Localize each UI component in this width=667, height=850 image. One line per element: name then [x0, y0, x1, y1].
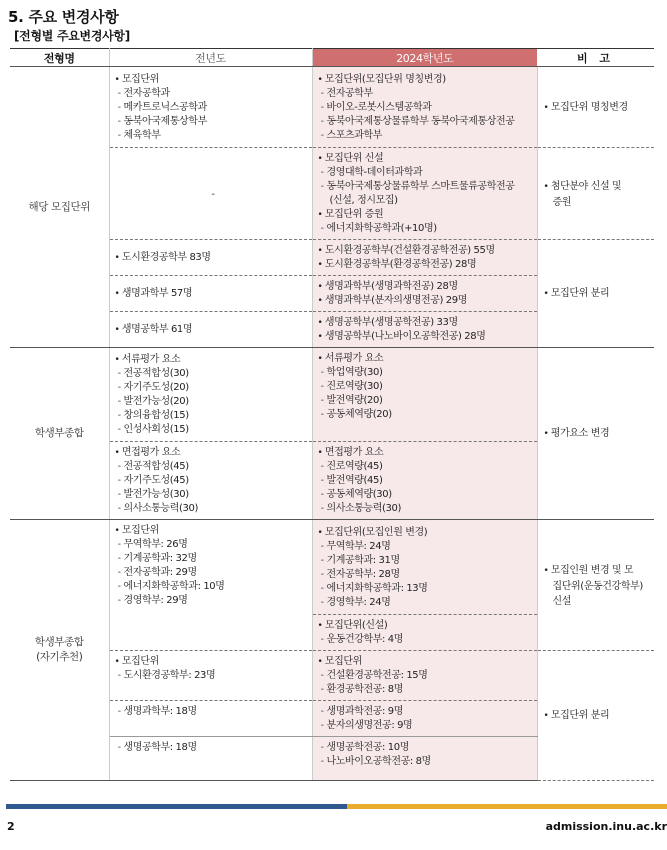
dash-item: 나노바이오공학전공: 8명 — [318, 755, 537, 769]
prev-cell: 모집단위 무역학부: 26명 기계공학과: 32명 전자공학과: 29명 에너지… — [109, 520, 312, 651]
prev-cell: 모집단위 전자공학과 메카트로닉스공학과 동북아국제통상학부 체육학부 — [109, 67, 312, 148]
dash-item: 공동체역량(30) — [318, 488, 537, 502]
category-label: 학생부종합 — [10, 635, 109, 650]
current-cell: 모집단위 신설 경영대학-데이터과학과 동북아국제통상물류학부 스마트물류공학전… — [312, 148, 537, 240]
header-2024: 2024학년도 — [312, 49, 537, 67]
category-label: 학생부종합 — [35, 427, 84, 439]
prev-cell: 생명과학부 57명 — [109, 276, 312, 312]
bullet-item: 모집단위 증원 — [318, 208, 537, 222]
dash-item: 메카트로닉스공학과 — [115, 101, 312, 115]
footer-bar — [6, 804, 667, 809]
bullet-item: 생명과학부(분자의생명전공) 29명 — [318, 294, 537, 308]
dash-item: 분자의생명전공: 9명 — [318, 719, 537, 733]
dash-item: 에너지화학공학과(+10명) — [318, 222, 537, 236]
dash-item: 생명공학부: 18명 — [115, 741, 312, 755]
dash-item: 동북아국제통상학부 — [115, 115, 312, 129]
header-previous-year: 전년도 — [109, 49, 312, 67]
category-cell: 학생부종합 (자기추천) — [10, 520, 109, 781]
current-cell: 생명과학부(생명과학전공) 28명 생명과학부(분자의생명전공) 29명 — [312, 276, 537, 312]
current-cell: 서류평가 요소 학업역량(30) 진로역량(30) 발전역량(20) 공동체역량… — [312, 348, 537, 442]
current-cell: 모집단위(신설) 운동건강학부: 4명 — [312, 615, 537, 651]
page-number: 2 — [7, 820, 15, 833]
bullet-item: 모집단위(모집단위 명칭변경) — [318, 73, 537, 87]
dash-item: 경영학부: 24명 — [318, 596, 537, 610]
prev-cell: 생명공학부: 18명 — [109, 737, 312, 781]
dash-item: 무역학부: 26명 — [115, 538, 312, 552]
dash-item: 전공적합성(30) — [115, 367, 312, 381]
table-row: 해당 모집단위 모집단위 전자공학과 메카트로닉스공학과 동북아국제통상학부 체… — [10, 67, 654, 148]
note-cell: 모집단위 명칭변경 — [537, 67, 654, 148]
bullet-item: 면접평가 요소 — [115, 446, 312, 460]
dash-item: 전자공학과 — [115, 87, 312, 101]
dash-item: 에너지화학공학과: 13명 — [318, 582, 537, 596]
current-cell: 생명공학부(생명공학전공) 33명 생명공학부(나노바이오공학전공) 28명 — [312, 312, 537, 348]
bullet-item: 면접평가 요소 — [318, 446, 537, 460]
footer-bar-gold — [347, 804, 667, 809]
section-title: 5. 주요 변경사항 — [8, 6, 119, 27]
dash-item: 도시환경공학부: 23명 — [115, 669, 312, 683]
site-url: admission.inu.ac.kr — [546, 820, 667, 833]
current-cell: 면접평가 요소 진로역량(45) 발전역량(45) 공동체역량(30) 의사소통… — [312, 442, 537, 520]
bullet-item: 도시환경공학부(환경공학전공) 28명 — [318, 258, 537, 272]
footer-bar-blue — [6, 804, 347, 809]
dash-item: 무역학부: 24명 — [318, 540, 537, 554]
bullet-item: 모집단위(모집인원 변경) — [318, 526, 537, 540]
bullet-item: 모집단위(신설) — [318, 619, 537, 633]
header-admission-type: 전형명 — [10, 49, 109, 67]
note-text-cont: 신설 — [544, 594, 655, 609]
dash-item: 전자공학부: 28명 — [318, 568, 537, 582]
prev-cell: 도시환경공학부 83명 — [109, 240, 312, 276]
note-text-cont: 집단위(운동건강학부) — [544, 579, 655, 594]
dash-item: 경영대학-데이터과학과 — [318, 166, 537, 180]
note-text: 모집단위 명칭변경 — [544, 102, 628, 113]
dash-item: 자기주도성(45) — [115, 474, 312, 488]
dash-item: 자기주도성(20) — [115, 381, 312, 395]
current-cell: 모집단위 건설환경공학전공: 15명 환경공학전공: 8명 — [312, 651, 537, 701]
bullet-item: 모집단위 신설 — [318, 152, 537, 166]
table-row: 학생부종합 서류평가 요소 전공적합성(30) 자기주도성(20) 발전가능성(… — [10, 348, 654, 442]
prev-cell-empty: - — [109, 148, 312, 240]
bullet-item: 모집단위 — [115, 73, 312, 87]
bullet-item: 모집단위 — [115, 524, 312, 538]
wrapped-item: (신설, 정시모집) — [318, 194, 537, 208]
dash-item: 진로역량(30) — [318, 380, 537, 394]
current-cell: 모집단위(모집단위 명칭변경) 전자공학부 바이오-로봇시스템공학과 동북아국제… — [312, 67, 537, 148]
section-subtitle: [전형별 주요변경사항] — [14, 27, 130, 44]
dash-item: 인성사회성(15) — [115, 423, 312, 437]
bullet-item: 생명공학부 61명 — [115, 323, 312, 337]
prev-cell: 모집단위 도시환경공학부: 23명 — [109, 651, 312, 701]
bullet-item: 도시환경공학부 83명 — [115, 251, 312, 265]
bullet-item: 모집단위 — [318, 655, 537, 669]
dash-item: 전자공학부 — [318, 87, 537, 101]
prev-cell: 서류평가 요소 전공적합성(30) 자기주도성(20) 발전가능성(20) 창의… — [109, 348, 312, 442]
dash-item: 건설환경공학전공: 15명 — [318, 669, 537, 683]
current-cell: 모집단위(모집인원 변경) 무역학부: 24명 기계공학과: 31명 전자공학부… — [312, 520, 537, 615]
dash-item: 발전역량(45) — [318, 474, 537, 488]
changes-table: 전형명 전년도 2024학년도 비 고 해당 모집단위 모집단위 전자공학과 메… — [10, 48, 654, 781]
note-text: 모집단위 분리 — [544, 710, 610, 721]
prev-cell: 생명과학부: 18명 — [109, 701, 312, 737]
dash-item: 의사소통능력(30) — [318, 502, 537, 516]
bullet-item: 생명과학부 57명 — [115, 287, 312, 301]
dash-item: 창의융합성(15) — [115, 409, 312, 423]
dash-item: 동북아국제통상물류학부 동북아국제통상전공 — [318, 115, 537, 129]
note-cell: 평가요소 변경 — [537, 348, 654, 520]
dash-item: 전자공학과: 29명 — [115, 566, 312, 580]
note-text: 평가요소 변경 — [544, 428, 610, 439]
dash-item: 공동체역량(20) — [318, 408, 537, 422]
dash-item: 바이오-로봇시스템공학과 — [318, 101, 537, 115]
bullet-item: 생명공학부(나노바이오공학전공) 28명 — [318, 330, 537, 344]
dash-item: 진로역량(45) — [318, 460, 537, 474]
bullet-item: 도시환경공학부(건설환경공학전공) 55명 — [318, 244, 537, 258]
category-label: 해당 모집단위 — [29, 201, 90, 213]
note-text-cont: 증원 — [544, 195, 655, 210]
category-cell: 학생부종합 — [10, 348, 109, 520]
note-text: 모집인원 변경 및 모 — [544, 565, 634, 576]
bullet-item: 생명공학부(생명공학전공) 33명 — [318, 316, 537, 330]
note-cell: 모집단위 분리 — [537, 240, 654, 348]
current-cell: 도시환경공학부(건설환경공학전공) 55명 도시환경공학부(환경공학전공) 28… — [312, 240, 537, 276]
bullet-item: 생명과학부(생명과학전공) 28명 — [318, 280, 537, 294]
header-remarks: 비 고 — [537, 49, 654, 67]
dash-item: 경영학부: 29명 — [115, 594, 312, 608]
dash-item: 에너지화학공학과: 10명 — [115, 580, 312, 594]
bullet-item: 서류평가 요소 — [115, 353, 312, 367]
dash-item: 의사소통능력(30) — [115, 502, 312, 516]
current-cell: 생명공학전공: 10명 나노바이오공학전공: 8명 — [312, 737, 537, 781]
dash-item: 생명공학전공: 10명 — [318, 741, 537, 755]
dash-item: 발전역량(20) — [318, 394, 537, 408]
dash-item: 기계공학과: 31명 — [318, 554, 537, 568]
dash-item: 생명과학부: 18명 — [115, 705, 312, 719]
dash-item: 기계공학과: 32명 — [115, 552, 312, 566]
dash-item: 발전가능성(20) — [115, 395, 312, 409]
dash-item: 발전가능성(30) — [115, 488, 312, 502]
dash-item: 전공적합성(45) — [115, 460, 312, 474]
table-row: 학생부종합 (자기추천) 모집단위 무역학부: 26명 기계공학과: 32명 전… — [10, 520, 654, 615]
dash-item: 체육학부 — [115, 129, 312, 143]
current-cell: 생명과학전공: 9명 분자의생명전공: 9명 — [312, 701, 537, 737]
dash-item: 학업역량(30) — [318, 366, 537, 380]
dash-item: 스포츠과학부 — [318, 129, 537, 143]
note-cell: 첨단분야 신설 및 증원 — [537, 148, 654, 240]
bullet-item: 모집단위 — [115, 655, 312, 669]
category-sublabel: (자기추천) — [10, 650, 109, 665]
dash-item: 동북아국제통상물류학부 스마트물류공학전공 — [318, 180, 537, 194]
dash-item: 운동건강학부: 4명 — [318, 633, 537, 647]
note-text: 첨단분야 신설 및 — [544, 181, 622, 192]
note-cell: 모집인원 변경 및 모 집단위(운동건강학부) 신설 — [537, 520, 654, 651]
note-cell: 모집단위 분리 — [537, 651, 654, 781]
table-header-row: 전형명 전년도 2024학년도 비 고 — [10, 49, 654, 67]
dash-item: 환경공학전공: 8명 — [318, 683, 537, 697]
dash-item: 생명과학전공: 9명 — [318, 705, 537, 719]
note-text: 모집단위 분리 — [544, 288, 610, 299]
bullet-item: 서류평가 요소 — [318, 352, 537, 366]
prev-cell: 면접평가 요소 전공적합성(45) 자기주도성(45) 발전가능성(30) 의사… — [109, 442, 312, 520]
prev-cell: 생명공학부 61명 — [109, 312, 312, 348]
category-cell: 해당 모집단위 — [10, 67, 109, 348]
